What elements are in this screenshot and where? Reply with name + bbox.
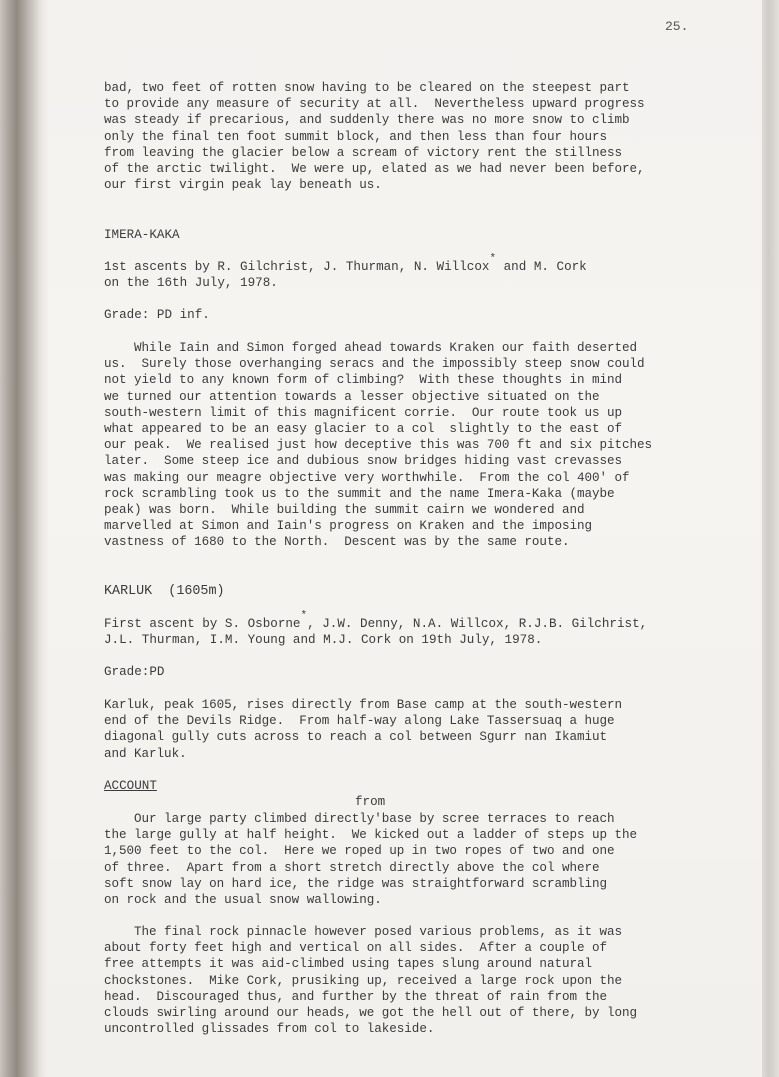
ascent-credits-karluk: First ascent by S. Osborne*, J.W. Denny,… [104, 617, 647, 631]
binding-shadow [0, 0, 48, 1077]
grade-karluk: Grade:PD [104, 665, 164, 679]
grade-imera-kaka: Grade: PD inf. [104, 308, 210, 322]
page-number: 25. [665, 19, 688, 34]
ascent-text: 1st ascents by R. Gilchrist, J. Thurman,… [104, 260, 489, 274]
ascent-date-imera-kaka: on the 16th July, 1978. [104, 276, 278, 290]
ascent-text: First ascent by S. Osborne [104, 617, 301, 631]
ascent-date-karluk: J.L. Thurman, I.M. Young and M.J. Cork o… [104, 633, 542, 647]
description-karluk: Karluk, peak 1605, rises directly from B… [104, 697, 704, 762]
account-paragraph-2: The final rock pinnacle however posed va… [104, 924, 704, 1037]
account-heading: ACCOUNT [104, 779, 157, 793]
page-edge-strip [762, 0, 779, 1077]
intro-paragraph: bad, two feet of rotten snow having to b… [104, 80, 704, 193]
body-imera-kaka: While Iain and Simon forged ahead toward… [104, 340, 704, 551]
handwritten-insert: from [355, 795, 385, 809]
account-paragraph-1: Our large party climbed directly'base by… [104, 811, 704, 908]
ascent-credits-imera-kaka: 1st ascents by R. Gilchrist, J. Thurman,… [104, 260, 587, 274]
ascent-text: , J.W. Denny, N.A. Willcox, R.J.B. Gilch… [307, 617, 647, 631]
ascent-text: and M. Cork [496, 260, 587, 274]
footnote-marker: * [301, 610, 308, 622]
footnote-marker: * [489, 253, 496, 265]
section-title-imera-kaka: IMERA-KAKA [104, 228, 180, 242]
section-title-karluk: KARLUK (1605m) [104, 584, 225, 599]
